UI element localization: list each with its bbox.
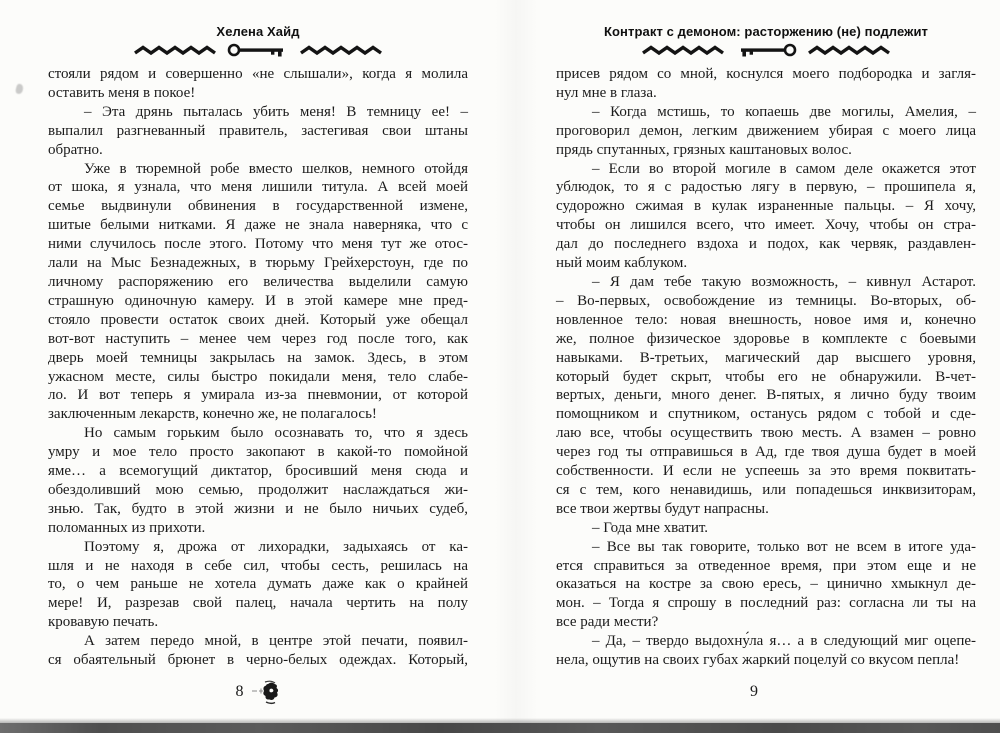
text-line: ублюдок, то я с радостью лягу в первую, …	[556, 178, 976, 197]
text-line: – Да, – твердо выдохну́ла я… а в следующ…	[556, 632, 976, 651]
right-page: Контракт с демоном: расторжению (не) под…	[556, 24, 976, 670]
text-line: заключенным лекарств, конечно же, не пол…	[48, 405, 468, 424]
text-line: дверь моей темницы закрылась на замок. З…	[48, 349, 468, 368]
text-line: от шока, я узнала, что меня лишили титул…	[48, 178, 468, 197]
text-line: – Когда мстишь, то копаешь две могилы, А…	[556, 103, 976, 122]
scanner-edge-band	[0, 723, 1000, 733]
text-line: стояли рядом и совершенно «не слышали», …	[48, 65, 468, 84]
text-line: ними случилось после этого. Потому что м…	[48, 235, 468, 254]
text-line: нела, ощутив на своих губах жаркий поцел…	[556, 651, 976, 670]
text-line: присев рядом со мной, коснулся моего под…	[556, 65, 976, 84]
right-page-footer: 9	[544, 682, 964, 702]
left-running-header: Хелена Хайд	[48, 24, 468, 39]
text-line: нул мне в глаза.	[556, 84, 976, 103]
text-line: – Во-первых, освобождение из темницы. Во…	[556, 292, 976, 311]
text-line: ся с тем, кого ненавидишь, или попадешьс…	[556, 481, 976, 500]
text-line: через год ты отправишься в Ад, где твоя …	[556, 443, 976, 462]
text-line: Но самым горьким было осознавать то, что…	[48, 424, 468, 443]
text-line: ся обаятельный брюнет в черно-белых одеж…	[48, 651, 468, 670]
text-line: ло. И вот теперь я умирала из-за пневмон…	[48, 386, 468, 405]
text-line: новленное тело: новая внешность, новое и…	[556, 311, 976, 330]
text-line: судорожно сжимая в кулак израненные паль…	[556, 197, 976, 216]
text-line: Уже в тюремной робе вместо шелков, немно…	[48, 160, 468, 179]
text-line: яме… а всемогущий диктатор, бросивший ме…	[48, 462, 468, 481]
text-line: все ради мести?	[556, 613, 976, 632]
text-line: вертых, деньги, много денег. В-пятых, я …	[556, 386, 976, 405]
text-line: проговорил демон, легким движением убира…	[556, 122, 976, 141]
text-line: собственности. И если не успеешь за это …	[556, 462, 976, 481]
text-line: шитые белыми нитками. Я даже не знала на…	[48, 216, 468, 235]
text-line: лали на Мыс Безнадежных, в тюрьму Грейхе…	[48, 254, 468, 273]
book-gutter-shadow	[494, 0, 538, 733]
text-line: вот-вот наступить – менее чем через год …	[48, 330, 468, 349]
text-line: кровавую печать.	[48, 613, 468, 632]
left-page-number: 8	[236, 682, 244, 702]
text-line: оказаться на костре за свою ересь, – цин…	[556, 575, 976, 594]
text-line: Поэтому я, дрожа от лихорадки, задыхаясь…	[48, 538, 468, 557]
text-line: А затем передо мной, в центре этой печат…	[48, 632, 468, 651]
text-line: ужасном месте, силы быстро покидали меня…	[48, 368, 468, 387]
text-line: – Я дам тебе такую возможность, – кивнул…	[556, 273, 976, 292]
text-line: помощником и спутником, останусь рядом с…	[556, 405, 976, 424]
key-ornament-icon	[132, 42, 384, 58]
text-line: все твои жертвы будут напрасны.	[556, 500, 976, 519]
right-page-number: 9	[750, 682, 758, 702]
text-line: семье выдвинули обвинения в государствен…	[48, 197, 468, 216]
text-line: стояло провести остаток своих дней. Кото…	[48, 311, 468, 330]
text-line: обратно.	[48, 141, 468, 160]
text-line: прядь спутанных, грязных каштановых воло…	[556, 141, 976, 160]
left-page-body: стояли рядом и совершенно «не слышали», …	[48, 65, 468, 670]
text-line: оставить меня в покое!	[48, 84, 468, 103]
text-line: поломанных из прихоти.	[48, 519, 468, 538]
text-line: выпалил разгневанный правитель, застегив…	[48, 122, 468, 141]
text-line: дал до последнего вздоха и подох, как че…	[556, 235, 976, 254]
key-ornament-mirrored-icon	[640, 42, 892, 58]
text-line: ется справиться за отведенное время, при…	[556, 557, 976, 576]
text-line: – Года мне хватит.	[556, 519, 976, 538]
text-line: страшную одиночную камеру. И в этой каме…	[48, 292, 468, 311]
text-line: – Все вы так говорите, только вот не все…	[556, 538, 976, 557]
text-line: мон. – Тогда я спрошу в последний раз: с…	[556, 594, 976, 613]
left-page-footer: 8	[48, 682, 468, 706]
ink-smudge-icon	[251, 680, 281, 706]
text-line: личному распоряжению его величества выде…	[48, 273, 468, 292]
text-line: же, полное физическое здоровье в комплек…	[556, 330, 976, 349]
right-running-header: Контракт с демоном: расторжению (не) под…	[556, 24, 976, 39]
text-line: который будет скрыт, чтобы его не обнару…	[556, 368, 976, 387]
text-line: лаю все, чтобы осуществить твою месть. А…	[556, 424, 976, 443]
left-page: Хелена Хайд стояли рядом и совершенно «н…	[48, 24, 468, 670]
right-page-body: присев рядом со мной, коснулся моего под…	[556, 65, 976, 670]
text-line: – Эта дрянь пыталась убить меня! В темни…	[48, 103, 468, 122]
text-line: – Если во второй могиле в самом деле ока…	[556, 160, 976, 179]
text-line: шля и не находя в себе сил, чтобы сесть,…	[48, 557, 468, 576]
text-line: чтобы он лишился всего, что имеет. Хочу,…	[556, 216, 976, 235]
text-line: мере! И, разрезав свой палец, начала чер…	[48, 594, 468, 613]
text-line: навыками. В-третьих, магический дар высш…	[556, 349, 976, 368]
scan-speck	[15, 83, 24, 94]
text-line: обездоливший мою семью, продолжит наслаж…	[48, 481, 468, 500]
text-line: умру и мое тело просто закопают в какой-…	[48, 443, 468, 462]
text-line: знью. Так, будто в этой жизни и не было …	[48, 500, 468, 519]
text-line: то, о чем раньше не хотела думать даже к…	[48, 575, 468, 594]
text-line: ный моим каблуком.	[556, 254, 976, 273]
